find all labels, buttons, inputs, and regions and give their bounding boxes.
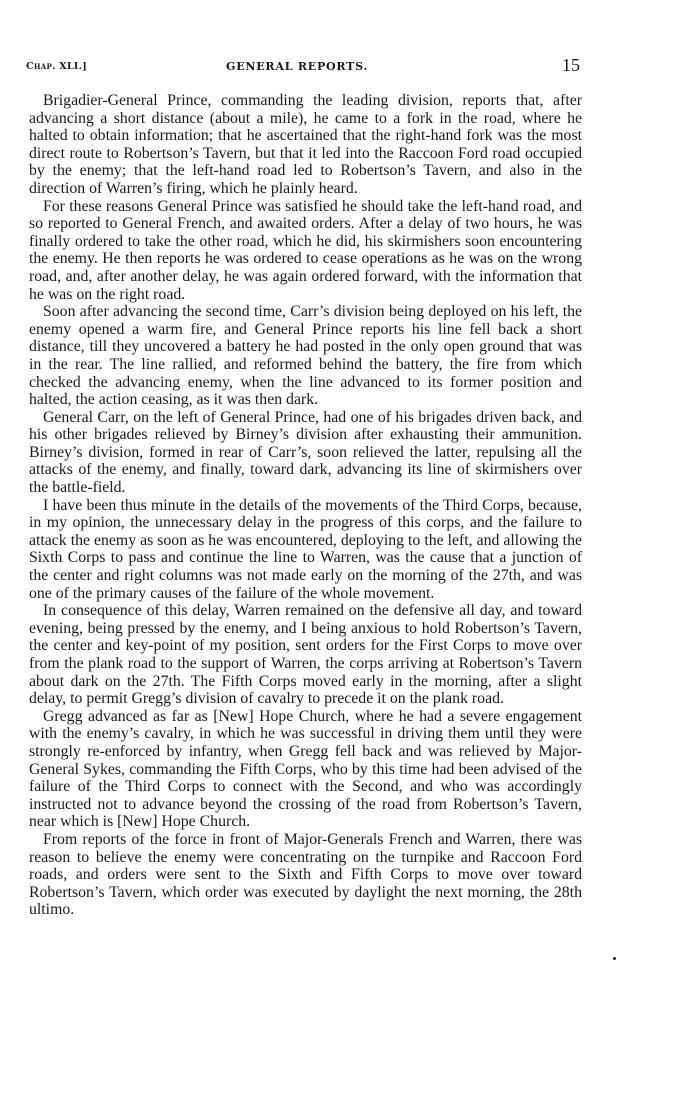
- paragraph: In consequence of this delay, Warren rem…: [29, 602, 582, 708]
- page-header: Chap. XLI.] GENERAL REPORTS. 15: [26, 55, 586, 79]
- body-text: Brigadier-General Prince, commanding the…: [29, 92, 582, 919]
- page-number: 15: [562, 55, 580, 76]
- paragraph: Gregg advanced as far as [New] Hope Chur…: [29, 708, 582, 831]
- document-page: Chap. XLI.] GENERAL REPORTS. 15 Brigadie…: [0, 0, 680, 1109]
- paragraph: Brigadier-General Prince, commanding the…: [29, 92, 582, 198]
- paragraph: Soon after advancing the second time, Ca…: [29, 303, 582, 409]
- paragraph: For these reasons General Prince was sat…: [29, 198, 582, 304]
- paragraph: General Carr, on the left of General Pri…: [29, 409, 582, 497]
- paragraph: From reports of the force in front of Ma…: [29, 831, 582, 919]
- running-title: GENERAL REPORTS.: [226, 60, 368, 73]
- paragraph: I have been thus minute in the details o…: [29, 497, 582, 603]
- chapter-label: Chap. XLI.]: [26, 61, 87, 72]
- scan-speck: [613, 957, 616, 960]
